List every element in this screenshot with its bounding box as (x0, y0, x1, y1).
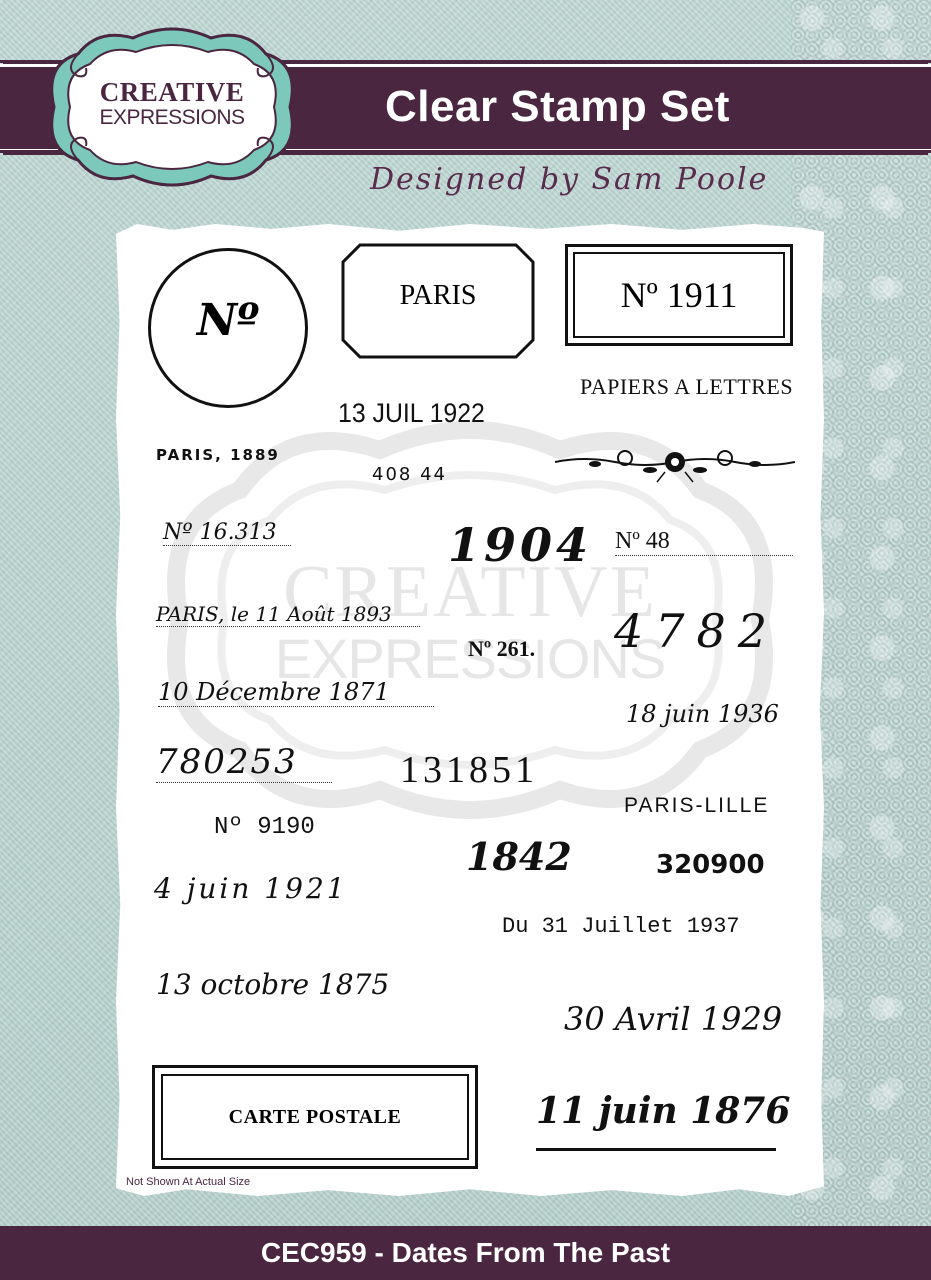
product-code-name: CEC959 - Dates From The Past (261, 1237, 670, 1269)
stamp-box-1911-text: Nº 1911 (573, 252, 785, 338)
stamp-13-juil-1922: 13 JUIL 1922 (338, 398, 485, 429)
stamp-30-avril-1929: 30 Avril 1929 (564, 1000, 782, 1038)
stamp-no-48: Nº 48 (615, 528, 793, 556)
stamp-octagon-paris-text: PARIS (340, 280, 536, 312)
stamp-paris-1889: PARIS, 1889 (156, 446, 280, 464)
stamp-box-1911: Nº 1911 (565, 244, 793, 346)
stamp-4-juin-1921: 4 juin 1921 (154, 872, 348, 905)
product-type-title: Clear Stamp Set (385, 82, 730, 132)
stamp-papiers-a-lettres: PAPIERS A LETTRES (580, 374, 793, 400)
stamp-octagon-paris: PARIS (340, 242, 536, 360)
brand-name-line1: CREATIVE (38, 77, 306, 108)
stamp-carte-postale-text: CARTE POSTALE (161, 1074, 469, 1160)
stamp-carte-postale: CARTE POSTALE (152, 1065, 478, 1169)
designer-credit: Designed by Sam Poole (370, 162, 768, 197)
size-disclaimer: Not Shown At Actual Size (126, 1176, 250, 1188)
stamp-1842: 1842 (466, 834, 572, 879)
stamp-circle-no-text: Nº (151, 295, 305, 346)
stamp-du-31-juillet-1937: Du 31 Juillet 1937 (502, 914, 740, 939)
stamp-780253: 780253 (156, 742, 332, 783)
stamp-10-decembre-1871: 10 Décembre 1871 (158, 678, 434, 707)
stamp-40844: 408 44 (372, 464, 447, 485)
stamp-no-261: Nº 261. (468, 636, 535, 662)
stamp-no-16313: Nº 16.313 (163, 520, 291, 546)
footer-band: CEC959 - Dates From The Past (0, 1226, 931, 1280)
stamp-no-9190: Nº 9190 (214, 814, 315, 841)
stamp-13-octobre-1875: 13 octobre 1875 (156, 968, 389, 1001)
stamp-11-juin-1876: 11 juin 1876 (536, 1090, 776, 1151)
stamp-4782: 4782 (614, 604, 779, 658)
stamp-320900: 320900 (656, 850, 765, 880)
stamp-18-juin-1936: 18 juin 1936 (626, 700, 779, 728)
floral-garland-icon (555, 440, 795, 484)
stamp-paris-aout-1893: PARIS, le 11 Août 1893 (156, 602, 420, 627)
brand-logo: CREATIVE EXPRESSIONS (38, 24, 306, 190)
stamp-1904: 1904 (448, 518, 592, 572)
stamp-paris-lille: PARIS-LILLE (624, 794, 769, 818)
brand-name-line2: EXPRESSIONS (38, 106, 306, 130)
stamp-131851: 131851 (400, 748, 538, 792)
stamp-circle-no: Nº (148, 248, 308, 408)
